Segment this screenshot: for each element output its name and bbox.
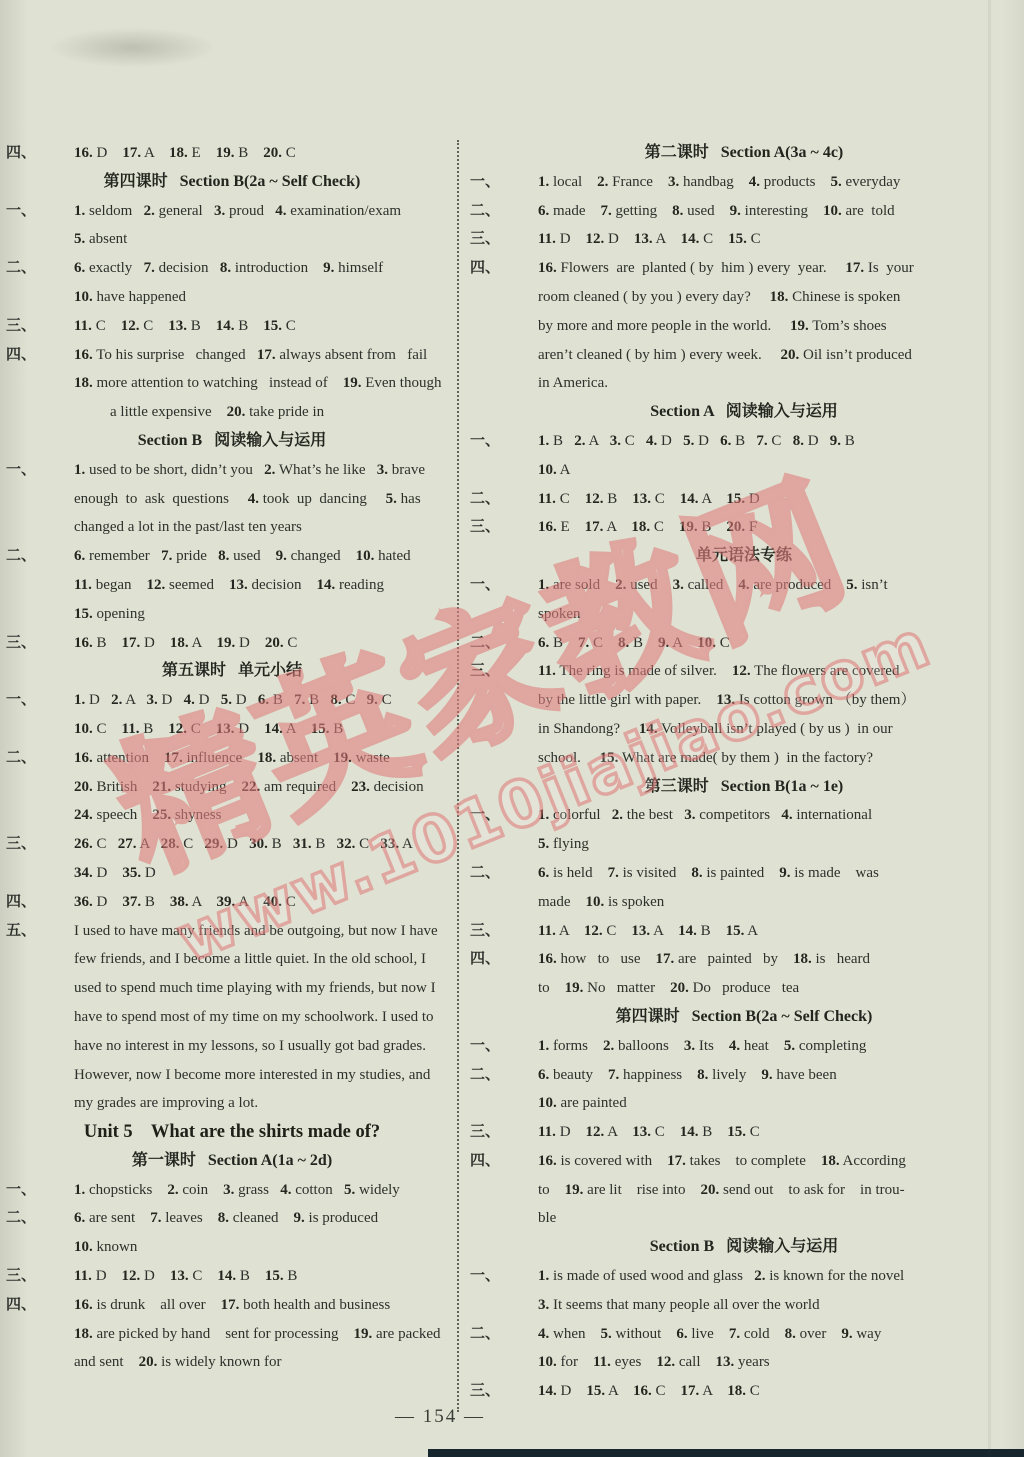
answer-line: 10. for 11. eyes 12. call 13. years (470, 1348, 1018, 1377)
answer-line: my grades are improving a lot. (6, 1089, 458, 1118)
page-number: — 154 — (330, 1406, 550, 1428)
answer-line: 一、1. colorful 2. the best 3. competitors… (470, 801, 1018, 830)
answer-line: changed a lot in the past/last ten years (6, 513, 458, 542)
item-marker: 三、 (6, 629, 74, 658)
section-heading: Unit 5 What are the shirts made of? (6, 1118, 458, 1147)
answer-line: have to spend most of my time on my scho… (6, 1003, 458, 1032)
item-marker: 三、 (470, 225, 538, 254)
section-heading: 单元语法专练 (470, 542, 1018, 571)
answer-line: 20. British 21. studying 22. am required… (6, 773, 458, 802)
answer-line: 二、6. remember 7. pride 8. used 9. change… (6, 542, 458, 571)
answer-line: 15. opening (6, 600, 458, 629)
answer-line: 四、16. is drunk all over 17. both health … (6, 1291, 458, 1320)
right-column: 第二课时 Section A(3a ~ 4c)一、1. local 2. Fra… (470, 139, 1018, 1406)
answer-line: 5. flying (470, 830, 1018, 859)
answer-line: to 19. are lit rise into 20. send out to… (470, 1176, 1018, 1205)
answer-line: 二、11. C 12. B 13. C 14. A 15. D (470, 485, 1018, 514)
answer-line: enough to ask questions 4. took up danci… (6, 485, 458, 514)
item-marker: 二、 (470, 485, 538, 514)
answer-line: 10. known (6, 1233, 458, 1262)
answer-line: 10. are painted (470, 1089, 1018, 1118)
scan-edge-strip (428, 1449, 1024, 1457)
item-marker: 二、 (6, 542, 74, 571)
answer-line: 二、16. attention 17. influence 18. absent… (6, 744, 458, 773)
answer-line: 二、6. beauty 7. happiness 8. lively 9. ha… (470, 1061, 1018, 1090)
item-marker: 四、 (470, 945, 538, 974)
item-marker: 一、 (470, 571, 538, 600)
answer-line: 10. have happened (6, 283, 458, 312)
section-heading: 第三课时 Section B(1a ~ 1e) (470, 773, 1018, 802)
item-marker: 四、 (470, 1147, 538, 1176)
item-marker: 一、 (6, 1176, 74, 1205)
answer-line: 一、1. are sold 2. used 3. called 4. are p… (470, 571, 1018, 600)
section-heading: 第四课时 Section B(2a ~ Self Check) (470, 1003, 1018, 1032)
answer-line: 10. A (470, 456, 1018, 485)
answer-line: 四、36. D 37. B 38. A 39. A 40. C (6, 888, 458, 917)
answer-line: 三、16. B 17. D 18. A 19. D 20. C (6, 629, 458, 658)
item-marker: 一、 (470, 801, 538, 830)
answer-line: 11. began 12. seemed 13. decision 14. re… (6, 571, 458, 600)
item-marker: 一、 (6, 686, 74, 715)
item-marker: 二、 (470, 859, 538, 888)
item-marker: 三、 (470, 513, 538, 542)
answer-line: 四、16. how to use 17. are painted by 18. … (470, 945, 1018, 974)
answer-line: a little expensive 20. take pride in (6, 398, 458, 427)
item-marker: 一、 (470, 1262, 538, 1291)
item-marker: 三、 (470, 657, 538, 686)
answer-line: ble (470, 1204, 1018, 1233)
item-marker: 一、 (470, 1032, 538, 1061)
answer-line: 三、14. D 15. A 16. C 17. A 18. C (470, 1377, 1018, 1406)
answer-line: 5. absent (6, 225, 458, 254)
answer-line: 三、11. D 12. A 13. C 14. B 15. C (470, 1118, 1018, 1147)
answer-line: 10. C 11. B 12. C 13. D 14. A 15. B (6, 715, 458, 744)
answer-line: 二、6. are sent 7. leaves 8. cleaned 9. is… (6, 1204, 458, 1233)
answer-line: 一、1. chopsticks 2. coin 3. grass 4. cott… (6, 1176, 458, 1205)
section-heading: Section B 阅读输入与运用 (470, 1233, 1018, 1262)
answer-line: 二、6. exactly 7. decision 8. introduction… (6, 254, 458, 283)
answer-line: 一、1. B 2. A 3. C 4. D 5. D 6. B 7. C 8. … (470, 427, 1018, 456)
answer-line: have no interest in my lessons, so I usu… (6, 1032, 458, 1061)
item-marker: 五、 (6, 917, 74, 946)
answer-line: school. 15. What are made( by them ) in … (470, 744, 1018, 773)
answer-line: 四、16. D 17. A 18. E 19. B 20. C (6, 139, 458, 168)
item-marker: 二、 (470, 197, 538, 226)
item-marker: 三、 (470, 1118, 538, 1147)
answer-line: However, now I become more interested in… (6, 1061, 458, 1090)
section-heading: Section B 阅读输入与运用 (6, 427, 458, 456)
item-marker: 一、 (470, 168, 538, 197)
answer-line: 二、6. B 7. C 8. B 9. A 10. C (470, 629, 1018, 658)
answer-line: aren’t cleaned ( by him ) every week. 20… (470, 341, 1018, 370)
scanned-answer-page: 四、16. D 17. A 18. E 19. B 20. C第四课时 Sect… (0, 0, 1024, 1457)
answer-line: and sent 20. is widely known for (6, 1348, 458, 1377)
answer-line: 四、16. is covered with 17. takes to compl… (470, 1147, 1018, 1176)
answer-line: 三、11. D 12. D 13. C 14. B 15. B (6, 1262, 458, 1291)
section-heading: 第五课时 单元小结 (6, 657, 458, 686)
scan-crease (988, 0, 991, 1457)
answer-line: 三、11. A 12. C 13. A 14. B 15. A (470, 917, 1018, 946)
answer-line: 四、16. To his surprise changed 17. always… (6, 341, 458, 370)
answer-line: 一、1. local 2. France 3. handbag 4. produ… (470, 168, 1018, 197)
item-marker: 三、 (6, 830, 74, 859)
answer-line: 四、16. Flowers are planted ( by him ) eve… (470, 254, 1018, 283)
section-heading: Section A 阅读输入与运用 (470, 398, 1018, 427)
item-marker: 四、 (6, 139, 74, 168)
answer-line: 34. D 35. D (6, 859, 458, 888)
item-marker: 一、 (6, 197, 74, 226)
answer-line: few friends, and I become a little quiet… (6, 945, 458, 974)
answer-line: 五、I used to have many friends and be out… (6, 917, 458, 946)
item-marker: 二、 (470, 629, 538, 658)
answer-line: used to spend much time playing with my … (6, 974, 458, 1003)
answer-line: 3. It seems that many people all over th… (470, 1291, 1018, 1320)
section-heading: 第一课时 Section A(1a ~ 2d) (6, 1147, 458, 1176)
answer-line: 三、11. The ring is made of silver. 12. Th… (470, 657, 1018, 686)
answer-line: by the little girl with paper. 13. Is co… (470, 686, 1018, 715)
item-marker: 二、 (6, 254, 74, 283)
answer-line: 18. are picked by hand sent for processi… (6, 1320, 458, 1349)
item-marker: 三、 (6, 1262, 74, 1291)
answer-line: by more and more people in the world. 19… (470, 312, 1018, 341)
item-marker: 四、 (6, 1291, 74, 1320)
answer-line: 一、1. is made of used wood and glass 2. i… (470, 1262, 1018, 1291)
item-marker: 二、 (470, 1061, 538, 1090)
section-heading: 第二课时 Section A(3a ~ 4c) (470, 139, 1018, 168)
answer-line: 一、1. D 2. A 3. D 4. D 5. D 6. B 7. B 8. … (6, 686, 458, 715)
answer-line: 三、26. C 27. A 28. C 29. D 30. B 31. B 32… (6, 830, 458, 859)
answer-line: 三、11. D 12. D 13. A 14. C 15. C (470, 225, 1018, 254)
answer-line: 三、16. E 17. A 18. C 19. B 20. F (470, 513, 1018, 542)
answer-line: to 19. No matter 20. Do produce tea (470, 974, 1018, 1003)
answer-line: 24. speech 25. shyness (6, 801, 458, 830)
item-marker: 四、 (470, 254, 538, 283)
item-marker: 四、 (6, 888, 74, 917)
answer-line: 一、1. forms 2. balloons 3. Its 4. heat 5.… (470, 1032, 1018, 1061)
answer-line: spoken (470, 600, 1018, 629)
answer-line: 一、1. used to be short, didn’t you 2. Wha… (6, 456, 458, 485)
section-heading: 第四课时 Section B(2a ~ Self Check) (6, 168, 458, 197)
item-marker: 一、 (6, 456, 74, 485)
item-marker: 一、 (470, 427, 538, 456)
answer-line: 二、4. when 5. without 6. live 7. cold 8. … (470, 1320, 1018, 1349)
item-marker: 三、 (470, 1377, 538, 1406)
answer-line: in America. (470, 369, 1018, 398)
item-marker: 二、 (470, 1320, 538, 1349)
answer-line: in Shandong? 14. Volleyball isn’t played… (470, 715, 1018, 744)
answer-line: 二、6. made 7. getting 8. used 9. interest… (470, 197, 1018, 226)
column-divider (457, 140, 459, 1412)
answer-line: 三、11. C 12. C 13. B 14. B 15. C (6, 312, 458, 341)
answer-line: made 10. is spoken (470, 888, 1018, 917)
item-marker: 二、 (6, 744, 74, 773)
answer-line: 一、1. seldom 2. general 3. proud 4. exami… (6, 197, 458, 226)
left-column: 四、16. D 17. A 18. E 19. B 20. C第四课时 Sect… (6, 139, 458, 1377)
answer-line: 二、6. is held 7. is visited 8. is painted… (470, 859, 1018, 888)
answer-line: room cleaned ( by you ) every day? 18. C… (470, 283, 1018, 312)
answer-line: 18. more attention to watching instead o… (6, 369, 458, 398)
item-marker: 四、 (6, 341, 74, 370)
scan-smudge (18, 20, 248, 75)
item-marker: 三、 (470, 917, 538, 946)
item-marker: 二、 (6, 1204, 74, 1233)
item-marker: 三、 (6, 312, 74, 341)
